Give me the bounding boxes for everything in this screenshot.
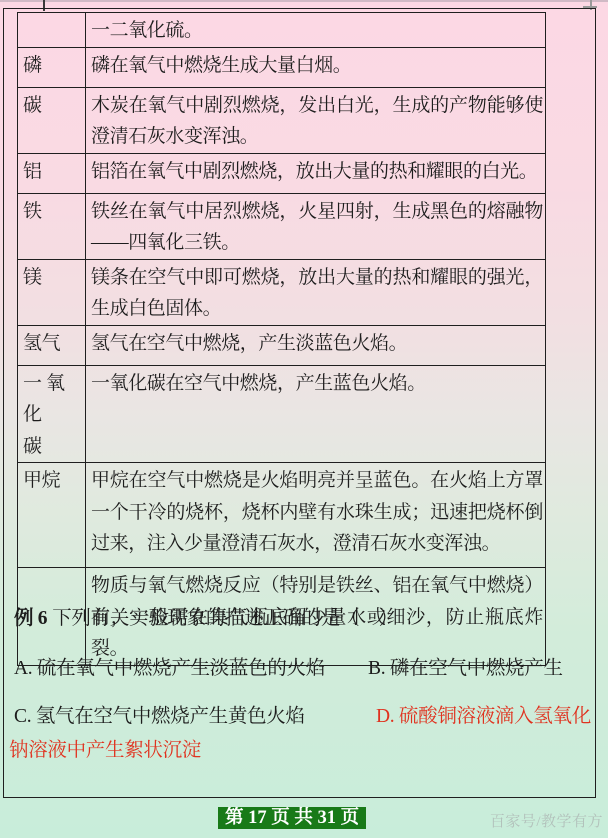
substance-cell: 镁 xyxy=(18,259,86,325)
watermark: 百家号/教学有方 xyxy=(490,810,603,831)
table-row: 镁 镁条在空气中即可燃烧，放出大量的热和耀眼的强光，生成白色固体。 xyxy=(18,259,546,325)
table-row: 甲烷 甲烷在空气中燃烧是火焰明亮并呈蓝色。在火焰上方罩一个干冷的烧杯，烧杯内壁有… xyxy=(18,463,546,568)
description-cell: 一二氧化硫。 xyxy=(86,13,546,48)
table-row: 磷 磷在氧气中燃烧生成大量白烟。 xyxy=(18,47,546,87)
table-row: 一 氧 化 碳 一氧化碳在空气中燃烧，产生蓝色火焰。 xyxy=(18,365,546,463)
top-edge-artifact xyxy=(0,0,608,2)
option-b: B. 磷在空气中燃烧产生 xyxy=(368,652,563,680)
table-row: 一二氧化硫。 xyxy=(18,13,546,48)
example-question-title: 例 6下列有关实验现象的描述正确的是（ ） xyxy=(14,602,398,630)
table-row: 铁 铁丝在氧气中居烈燃烧，火星四射，生成黑色的熔融物——四氧化三铁。 xyxy=(18,193,546,259)
substance-cell: 铁 xyxy=(18,193,86,259)
option-a: A. 硫在氧气中燃烧产生淡蓝色的火焰 xyxy=(14,652,325,680)
example-question-label: 例 6 xyxy=(14,608,47,629)
document-page: 一二氧化硫。 磷 磷在氧气中燃烧生成大量白烟。 碳 木炭在氧气中剧烈燃烧，发出白… xyxy=(0,0,608,838)
description-cell: 镁条在空气中即可燃烧，放出大量的热和耀眼的强光，生成白色固体。 xyxy=(86,259,546,325)
description-cell: 木炭在氧气中剧烈燃烧，发出白光，生成的产物能够使澄清石灰水变浑浊。 xyxy=(86,87,546,153)
table-row: 氢气 氢气在空气中燃烧，产生淡蓝色火焰。 xyxy=(18,325,546,365)
option-d-continued: 钠溶液中产生絮状沉淀 xyxy=(9,734,201,762)
description-cell: 一氧化碳在空气中燃烧，产生蓝色火焰。 xyxy=(86,365,546,463)
page-number-badge: 第 17 页 共 31 页 xyxy=(218,807,366,829)
description-cell: 磷在氧气中燃烧生成大量白烟。 xyxy=(86,47,546,87)
combustion-table: 一二氧化硫。 磷 磷在氧气中燃烧生成大量白烟。 碳 木炭在氧气中剧烈燃烧，发出白… xyxy=(17,12,546,666)
table-row: 铝 铝箔在氧气中剧烈燃烧，放出大量的热和耀眼的白光。 xyxy=(18,153,546,193)
description-cell: 铝箔在氧气中剧烈燃烧，放出大量的热和耀眼的白光。 xyxy=(86,153,546,193)
description-cell: 氢气在空气中燃烧，产生淡蓝色火焰。 xyxy=(86,325,546,365)
substance-cell xyxy=(18,13,86,48)
example-question-stem: 下列有关实验现象的描述正确的是（ ） xyxy=(52,608,398,629)
option-c: C. 氢气在空气中燃烧产生黄色火焰 xyxy=(14,700,305,728)
table-row: 碳 木炭在氧气中剧烈燃烧，发出白光，生成的产物能够使澄清石灰水变浑浊。 xyxy=(18,87,546,153)
description-cell: 甲烷在空气中燃烧是火焰明亮并呈蓝色。在火焰上方罩一个干冷的烧杯，烧杯内壁有水珠生… xyxy=(86,463,546,568)
substance-cell: 磷 xyxy=(18,47,86,87)
description-cell: 铁丝在氧气中居烈燃烧，火星四射，生成黑色的熔融物——四氧化三铁。 xyxy=(86,193,546,259)
substance-cell: 甲烷 xyxy=(18,463,86,568)
substance-cell: 铝 xyxy=(18,153,86,193)
substance-cell: 碳 xyxy=(18,87,86,153)
substance-cell: 一 氧 化 碳 xyxy=(18,365,86,463)
option-d: D. 硫酸铜溶液滴入氢氧化 xyxy=(376,700,591,728)
substance-cell: 氢气 xyxy=(18,325,86,365)
